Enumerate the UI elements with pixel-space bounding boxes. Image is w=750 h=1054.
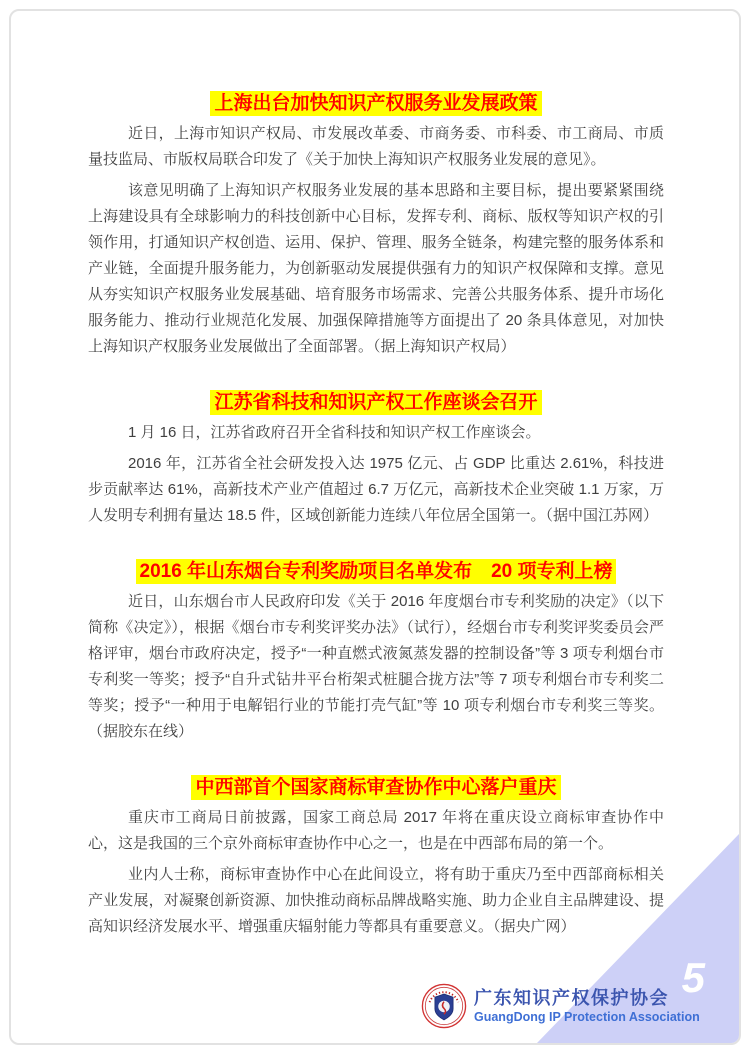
article-title: 江苏省科技和知识产权工作座谈会召开 bbox=[88, 390, 664, 416]
article-paragraph: 业内人士称，商标审查协作中心在此间设立，将有助于重庆乃至中西部商标相关产业发展，… bbox=[88, 862, 664, 940]
article-title-highlight: 上海出台加快知识产权服务业发展政策 bbox=[210, 91, 541, 116]
article-paragraph: 近日，上海市知识产权局、市发展改革委、市商务委、市科委、市工商局、市质量技监局、… bbox=[88, 121, 664, 173]
article-paragraph: 重庆市工商局日前披露，国家工商总局 2017 年将在重庆设立商标审查协作中心，这… bbox=[88, 805, 664, 857]
article-title: 2016 年山东烟台专利奖励项目名单发布 20 项专利上榜 bbox=[88, 559, 664, 585]
newsletter-content: 上海出台加快知识产权服务业发展政策 近日，上海市知识产权局、市发展改革委、市商务… bbox=[88, 91, 664, 940]
article-title: 上海出台加快知识产权服务业发展政策 bbox=[88, 91, 664, 117]
news-article: 中西部首个国家商标审查协作中心落户重庆 重庆市工商局日前披露，国家工商总局 20… bbox=[88, 775, 664, 940]
footer-brand: 广东知识产权保护协会 GuangDong IP Protection Assoc… bbox=[421, 983, 700, 1029]
article-title-highlight: 2016 年山东烟台专利奖励项目名单发布 20 项专利上榜 bbox=[136, 559, 617, 584]
association-seal-icon bbox=[421, 983, 467, 1029]
document-page: { "articles": [ { "title": "上海出台加快知识产权服务… bbox=[0, 0, 750, 1054]
news-article: 上海出台加快知识产权服务业发展政策 近日，上海市知识产权局、市发展改革委、市商务… bbox=[88, 91, 664, 360]
article-title-highlight: 江苏省科技和知识产权工作座谈会召开 bbox=[210, 390, 541, 415]
org-name-cn: 广东知识产权保护协会 bbox=[474, 987, 700, 1009]
article-title-highlight: 中西部首个国家商标审查协作中心落户重庆 bbox=[191, 775, 560, 800]
article-title: 中西部首个国家商标审查协作中心落户重庆 bbox=[88, 775, 664, 801]
news-article: 江苏省科技和知识产权工作座谈会召开 1 月 16 日，江苏省政府召开全省科技和知… bbox=[88, 390, 664, 529]
article-paragraph: 1 月 16 日，江苏省政府召开全省科技和知识产权工作座谈会。 bbox=[88, 420, 664, 446]
news-article: 2016 年山东烟台专利奖励项目名单发布 20 项专利上榜 近日，山东烟台市人民… bbox=[88, 559, 664, 745]
article-paragraph: 该意见明确了上海知识产权服务业发展的基本思路和主要目标，提出要紧紧围绕上海建设具… bbox=[88, 178, 664, 360]
org-name-block: 广东知识产权保护协会 GuangDong IP Protection Assoc… bbox=[474, 987, 700, 1025]
article-paragraph: 近日，山东烟台市人民政府印发《关于 2016 年度烟台市专利奖励的决定》（以下简… bbox=[88, 589, 664, 745]
org-name-en: GuangDong IP Protection Association bbox=[474, 1009, 700, 1025]
article-paragraph: 2016 年，江苏省全社会研发投入达 1975 亿元、占 GDP 比重达 2.6… bbox=[88, 451, 664, 529]
page-border: 上海出台加快知识产权服务业发展政策 近日，上海市知识产权局、市发展改革委、市商务… bbox=[9, 9, 741, 1045]
